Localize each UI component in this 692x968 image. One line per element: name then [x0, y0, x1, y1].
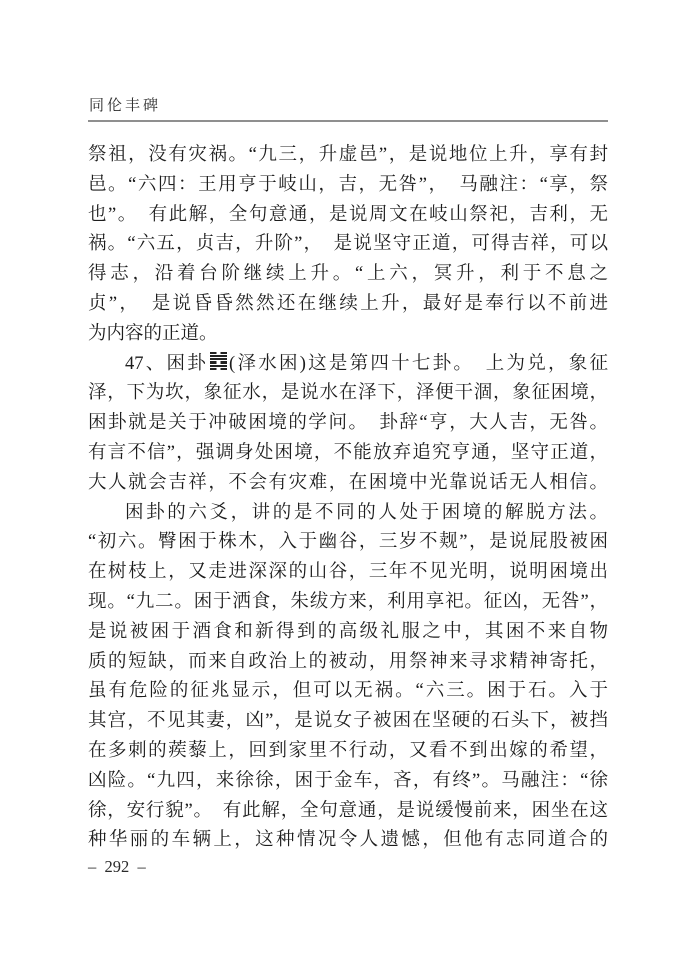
book-page: 同伦丰碑 祭祖，没有灾祸。“九三，升虚邑”，是说地位上升，享有封邑。“六四：王用…	[0, 0, 692, 968]
page-number: – 292 –	[88, 857, 146, 877]
text-line: 泽，下为坎，象征水，是说水在泽下，泽便干涸，象征困境，	[88, 379, 608, 409]
text-line: 大人就会吉祥，不会有灾难，在困境中光靠说话无人相信。	[88, 469, 608, 499]
text-line: 贞”， 是说昏昏然然还在继续上升，最好是奉行以不前进	[88, 290, 608, 320]
text-line: 徐，安行貌”。 有此解，全句意通，是说缓慢前来，困坐在这	[88, 797, 608, 827]
text-line: 为内容的正道。	[88, 320, 608, 350]
running-header-title: 同伦丰碑	[89, 94, 161, 115]
text-line: 种华丽的车辆上，这种情况令人遗憾，但他有志同道合的	[88, 826, 608, 856]
text-line: 在树枝上，又走进深深的山谷，三年不见光明，说明困境出	[88, 558, 608, 588]
text-line: 得志，沿着台阶继续上升。“上六，冥升，利于不息之	[88, 260, 608, 290]
text-line: 47、困卦(泽水困)这是第四十七卦。 上为兑，象征	[88, 350, 608, 380]
text-line: 凶险。“九四，来徐徐，困于金车，吝，有终”。马融注：“徐	[88, 767, 608, 797]
text-line: 现。“九二。困于洒食，朱绂方来，利用享祀。征凶，无咎”，	[88, 588, 608, 618]
body-text: 祭祖，没有灾祸。“九三，升虚邑”，是说地位上升，享有封邑。“六四：王用亨于岐山，…	[88, 141, 608, 856]
text-line: 是说被困于酒食和新得到的高级礼服之中，其困不来自物	[88, 618, 608, 648]
paragraph: 47、困卦(泽水困)这是第四十七卦。 上为兑，象征泽，下为坎，象征水，是说水在泽…	[88, 350, 608, 499]
text-line: 邑。“六四：王用亨于岐山，吉，无咎”， 马融注：“享，祭	[88, 171, 608, 201]
hexagram-47-kun-icon	[210, 352, 227, 370]
text-line: 有言不信”，强调身处困境，不能放弃追究亨通，坚守正道，	[88, 439, 608, 469]
text-line: 质的短缺，而来自政治上的被动，用祭神来寻求精神寄托，	[88, 648, 608, 678]
text-line: 困卦就是关于冲破困境的学问。 卦辞“亨，大人吉，无咎。	[88, 409, 608, 439]
text-line: 虽有危险的征兆显示，但可以无祸。“六三。困于石。入于	[88, 677, 608, 707]
text-line: 在多刺的蒺藜上，回到家里不行动，又看不到出嫁的希望，	[88, 737, 608, 767]
text-line: 也”。 有此解，全句意通，是说周文在岐山祭祀，吉利，无	[88, 201, 608, 231]
header-rule	[88, 120, 608, 122]
text-line: 困卦的六爻，讲的是不同的人处于困境的解脱方法。	[88, 499, 608, 529]
paragraph: 困卦的六爻，讲的是不同的人处于困境的解脱方法。“初六。臀困于株木，入于幽谷，三岁…	[88, 499, 608, 857]
text-line: 祸。“六五，贞吉，升阶”， 是说坚守正道，可得吉祥，可以	[88, 230, 608, 260]
text-line: 其宫，不见其妻，凶”，是说女子被困在坚硬的石头下，被挡	[88, 707, 608, 737]
text-line: “初六。臀困于株木，入于幽谷，三岁不觌”，是说屁股被困	[88, 528, 608, 558]
paragraph: 祭祖，没有灾祸。“九三，升虚邑”，是说地位上升，享有封邑。“六四：王用亨于岐山，…	[88, 141, 608, 350]
text-line: 祭祖，没有灾祸。“九三，升虚邑”，是说地位上升，享有封	[88, 141, 608, 171]
